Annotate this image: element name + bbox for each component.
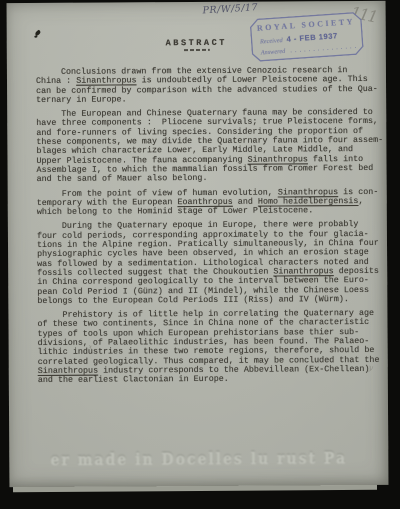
abstract-heading: ABSTRACT — [166, 38, 227, 48]
page-title: ABSTRACT — [7, 37, 386, 52]
typewritten-line: and the earliest Clactonian in Europe. — [38, 374, 389, 385]
ink-fleck — [34, 30, 41, 37]
paragraph: Conclusions drawn from the extensive Cen… — [36, 66, 388, 105]
scanned-page: PR/W/5/17 111 ROYAL SOCIETY Received 4 -… — [7, 1, 389, 487]
paragraph: From the point of view of human evolutio… — [37, 187, 389, 217]
title-underline — [183, 49, 209, 51]
paper-watermark: er made in Docelles lu rust Pa — [7, 449, 389, 470]
paragraph: During the Quaternary epoque in Europe, … — [37, 220, 389, 306]
typewritten-line: which belong to the Hominid stage of Low… — [37, 206, 389, 217]
pencil-deletion-mark: x — [88, 342, 93, 350]
typewritten-line: and the sand of Mauer also belong. — [37, 173, 389, 184]
typewritten-line: belongs to the European Cold Periods III… — [37, 295, 388, 306]
paragraph: The European and Chinese Quaternary faun… — [36, 108, 388, 185]
typewritten-line: ternary in Europe. — [36, 94, 388, 105]
handwritten-ref-number: PR/W/5/17 — [202, 2, 258, 16]
